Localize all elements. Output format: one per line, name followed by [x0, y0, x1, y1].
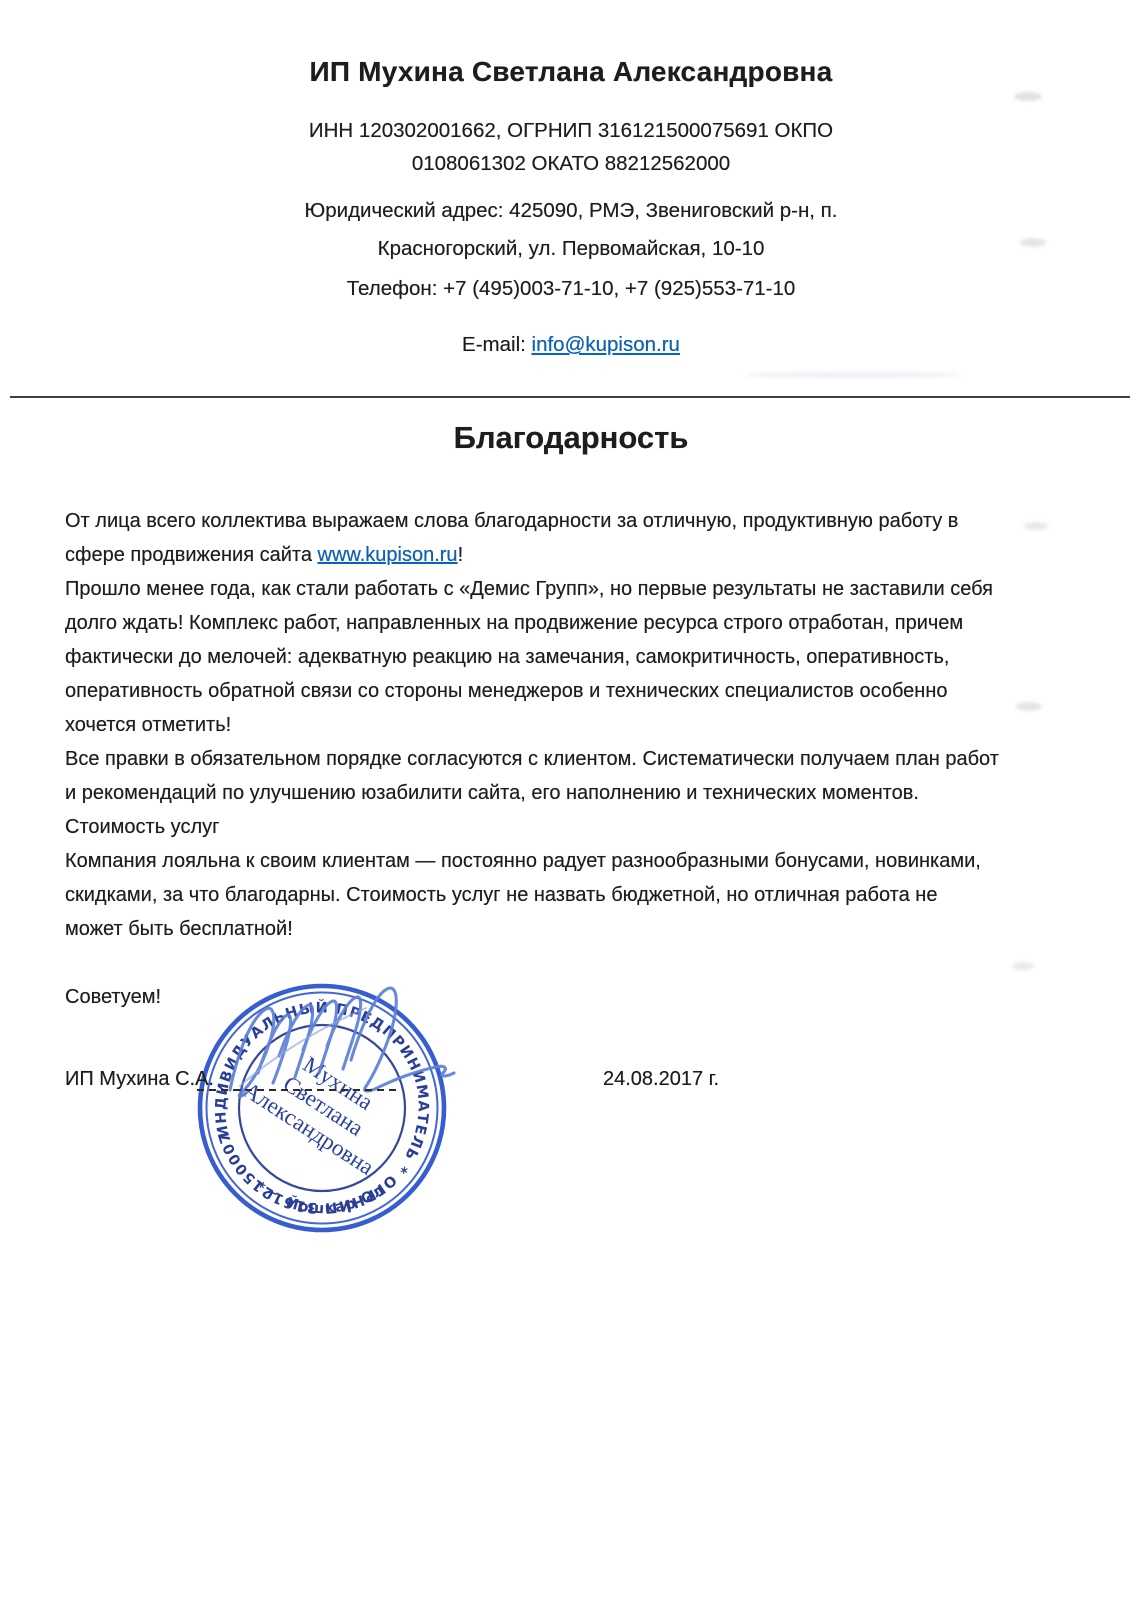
letter-body: От лица всего коллектива выражаем слова …	[65, 504, 1085, 1014]
phone-line: Телефон: +7 (495)003-71-10, +7 (925)553-…	[0, 277, 1142, 301]
scan-artifact	[1016, 702, 1042, 711]
email-line: E-mail: info@kupison.ru	[0, 333, 1142, 357]
legal-address: Юридический адрес: 425090, РМЭ, Звенигов…	[0, 192, 1142, 268]
letter-title: Благодарность	[0, 420, 1142, 456]
intro-line-2-suffix: !	[458, 544, 464, 566]
company-registration-ids: ИНН 120302001662, ОГРНИП 316121500075691…	[0, 114, 1142, 180]
signer-name: ИП Мухина С.А.	[65, 1068, 214, 1091]
email-label: E-mail:	[462, 333, 531, 356]
scan-artifact	[1012, 962, 1034, 970]
intro-line-2-text: сфере продвижения сайта	[65, 544, 318, 566]
company-name: ИП Мухина Светлана Александровна	[0, 56, 1142, 88]
intro-line-2: сфере продвижения сайта www.kupison.ru!	[65, 538, 1085, 572]
scanned-letter-page: ИП Мухина Светлана Александровна ИНН 120…	[0, 0, 1142, 1600]
scan-artifact	[745, 372, 960, 378]
site-link[interactable]: www.kupison.ru	[318, 544, 458, 566]
scan-artifact	[1020, 238, 1046, 247]
letter-date: 24.08.2017 г.	[603, 1068, 719, 1091]
email-link[interactable]: info@kupison.ru	[532, 333, 680, 356]
signature-dashed-line	[197, 1089, 399, 1091]
scan-artifact	[1024, 522, 1048, 530]
intro-line-1: От лица всего коллектива выражаем слова …	[65, 504, 1085, 538]
body-lines: Прошло менее года, как стали работать с …	[65, 572, 1085, 946]
header-divider	[10, 396, 1130, 398]
scan-artifact	[1014, 92, 1042, 101]
company-stamp: ИНДИВИДУАЛЬНЫЙ ПРЕДПРИНИМАТЕЛЬ * ОГРНИП …	[180, 970, 500, 1260]
